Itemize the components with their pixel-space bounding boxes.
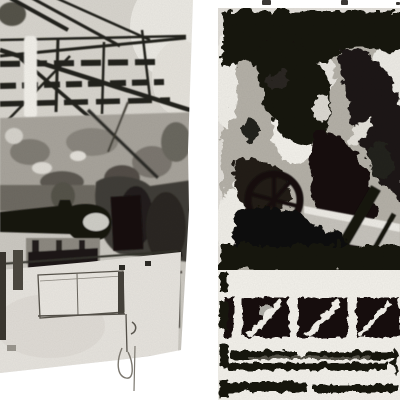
scanned-photo-page (0, 0, 400, 400)
photo-right-canvas (218, 8, 400, 400)
cropped-print-mark (396, 2, 400, 5)
cropped-print-mark (262, 0, 271, 5)
photo-left-casemate-gun (0, 0, 196, 392)
film-grain (218, 8, 400, 400)
cropped-print-mark (341, 0, 348, 5)
photo-right-cavern-gun (218, 8, 400, 400)
photo-left-canvas (0, 0, 196, 392)
film-grain (0, 0, 196, 376)
